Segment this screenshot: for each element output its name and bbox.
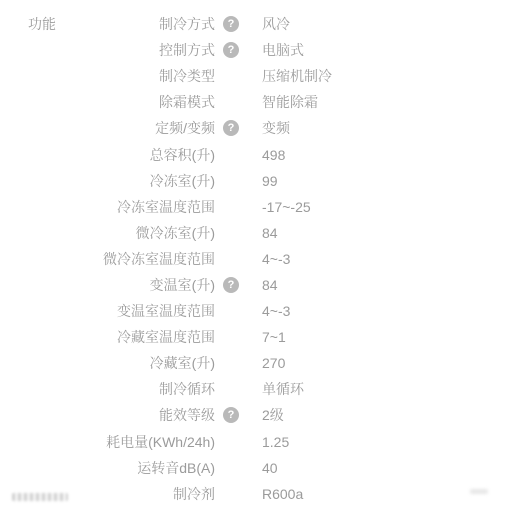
help-icon-slot: ? <box>215 329 262 345</box>
spec-value: 4~-3 <box>262 303 290 319</box>
help-icon-slot: ? <box>215 16 262 32</box>
help-icon-slot: ? <box>215 68 262 84</box>
spec-value: 4~-3 <box>262 251 290 267</box>
spec-row: 运转音dB(A) ? 40 <box>0 455 529 481</box>
spec-row: 制冷剂 ? R600a <box>0 481 529 507</box>
help-icon-slot: ? <box>215 42 262 58</box>
watermark <box>12 493 68 501</box>
spec-value: 270 <box>262 355 285 371</box>
spec-rows: 制冷方式 ? 风冷 控制方式 ? 电脑式 制冷类型 ? 压缩机制冷 除霜模式 ?… <box>0 11 529 507</box>
help-icon[interactable]: ? <box>223 42 239 58</box>
spec-value: 40 <box>262 460 278 476</box>
spec-value: 2级 <box>262 405 284 425</box>
help-icon-slot: ? <box>215 486 262 502</box>
spec-label: 变温室温度范围 <box>0 301 215 321</box>
spec-value: 7~1 <box>262 329 286 345</box>
spec-label: 能效等级 <box>0 405 215 425</box>
spec-value: 电脑式 <box>262 40 304 60</box>
help-icon-slot: ? <box>215 460 262 476</box>
spec-value: 99 <box>262 173 278 189</box>
spec-label: 变温室(升) <box>0 275 215 295</box>
spec-row: 冷冻室(升) ? 99 <box>0 168 529 194</box>
spec-row: 冷冻室温度范围 ? -17~-25 <box>0 194 529 220</box>
help-icon-slot: ? <box>215 94 262 110</box>
spec-label: 定频/变频 <box>0 118 215 138</box>
help-icon-slot: ? <box>215 303 262 319</box>
spec-label: 运转音dB(A) <box>0 458 215 478</box>
spec-label: 制冷方式 <box>0 14 215 34</box>
spec-row: 制冷循环 ? 单循环 <box>0 376 529 402</box>
spec-label: 总容积(升) <box>0 145 215 165</box>
spec-row: 冷藏室温度范围 ? 7~1 <box>0 324 529 350</box>
spec-value: 变频 <box>262 118 290 138</box>
spec-row: 能效等级 ? 2级 <box>0 402 529 428</box>
help-icon-slot: ? <box>215 434 262 450</box>
spec-row: 制冷方式 ? 风冷 <box>0 11 529 37</box>
spec-label: 微冷冻室温度范围 <box>0 249 215 269</box>
help-icon[interactable]: ? <box>223 120 239 136</box>
spec-label: 冷冻室温度范围 <box>0 197 215 217</box>
spec-label: 除霜模式 <box>0 92 215 112</box>
help-icon-slot: ? <box>215 277 262 293</box>
help-icon-slot: ? <box>215 173 262 189</box>
spec-row: 冷藏室(升) ? 270 <box>0 350 529 376</box>
spec-value: -17~-25 <box>262 199 311 215</box>
spec-value: 智能除霜 <box>262 92 318 112</box>
spec-row: 控制方式 ? 电脑式 <box>0 37 529 63</box>
spec-label: 冷藏室温度范围 <box>0 327 215 347</box>
spec-value: 84 <box>262 225 278 241</box>
help-icon-slot: ? <box>215 251 262 267</box>
help-icon[interactable]: ? <box>223 277 239 293</box>
help-icon-slot: ? <box>215 225 262 241</box>
spec-value: 498 <box>262 147 285 163</box>
spec-label: 冷冻室(升) <box>0 171 215 191</box>
spec-row: 微冷冻室温度范围 ? 4~-3 <box>0 246 529 272</box>
spec-row: 总容积(升) ? 498 <box>0 141 529 167</box>
help-icon-slot: ? <box>215 407 262 423</box>
spec-label: 制冷类型 <box>0 66 215 86</box>
spec-value: 84 <box>262 277 278 293</box>
spec-value: 风冷 <box>262 14 290 34</box>
spec-row: 变温室温度范围 ? 4~-3 <box>0 298 529 324</box>
spec-label: 微冷冻室(升) <box>0 223 215 243</box>
spec-label: 冷藏室(升) <box>0 353 215 373</box>
help-icon[interactable]: ? <box>223 16 239 32</box>
help-icon-slot: ? <box>215 381 262 397</box>
help-icon-slot: ? <box>215 355 262 371</box>
spec-value: 压缩机制冷 <box>262 66 332 86</box>
spec-row: 制冷类型 ? 压缩机制冷 <box>0 63 529 89</box>
help-icon[interactable]: ? <box>223 407 239 423</box>
spec-row: 微冷冻室(升) ? 84 <box>0 220 529 246</box>
spec-row: 耗电量(KWh/24h) ? 1.25 <box>0 429 529 455</box>
spec-label: 控制方式 <box>0 40 215 60</box>
spec-row: 除霜模式 ? 智能除霜 <box>0 89 529 115</box>
watermark-artifact <box>470 489 488 494</box>
spec-label: 制冷循环 <box>0 379 215 399</box>
spec-value: 单循环 <box>262 379 304 399</box>
help-icon-slot: ? <box>215 147 262 163</box>
spec-value: R600a <box>262 486 303 502</box>
help-icon-slot: ? <box>215 199 262 215</box>
spec-table-page: 功能 制冷方式 ? 风冷 控制方式 ? 电脑式 制冷类型 ? 压缩机制冷 除霜模… <box>0 0 529 517</box>
spec-label: 耗电量(KWh/24h) <box>0 432 215 452</box>
spec-value: 1.25 <box>262 434 289 450</box>
help-icon-slot: ? <box>215 120 262 136</box>
spec-row: 定频/变频 ? 变频 <box>0 115 529 141</box>
spec-row: 变温室(升) ? 84 <box>0 272 529 298</box>
